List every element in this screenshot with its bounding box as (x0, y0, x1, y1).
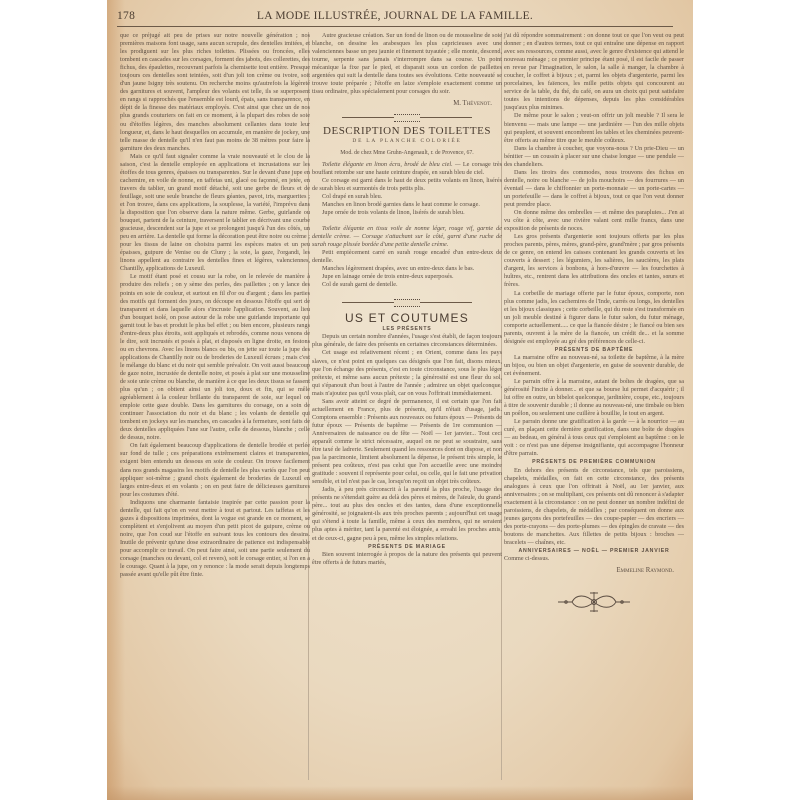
column-1: que ce préjugé ait peu de prises sur not… (120, 32, 310, 579)
paragraph: Autre gracieuse création. Sur un fond de… (312, 32, 502, 96)
column-2: Autre gracieuse création. Sur un fond de… (312, 32, 502, 567)
subsection-heading: PRÉSENTS DE MARIAGE (312, 543, 502, 551)
paragraph: On donne même des ombrelles — et même de… (504, 209, 684, 233)
section-subtitle: DE LA PLANCHE COLORIÉE (312, 137, 502, 145)
subsection-heading: LES PRÉSENTS (312, 325, 502, 333)
paragraph: Le motif étant posé et cousu sur la robe… (120, 273, 310, 442)
paragraph: Petit empiècement carré en surah rouge e… (312, 249, 502, 265)
paragraph: Depuis un certain nombre d'années, l'usa… (312, 333, 502, 349)
paragraph: Dans la chambre à coucher, que voyons-no… (504, 145, 684, 169)
paragraph: Col de surah garni de dentelle. (312, 281, 502, 289)
paragraph: La corbeille de mariage offerte par le f… (504, 290, 684, 346)
paragraph: j'ai dû répondre sommairement : on donne… (504, 32, 684, 112)
paragraph: En dehors des présents de circonstance, … (504, 467, 684, 547)
paragraph: Les gros présents d'argenterie sont touj… (504, 233, 684, 289)
paragraph: Le parrain donne une gratification à la … (504, 418, 684, 458)
paragraph: Sans avoir atteint ce degré de permanenc… (312, 398, 502, 487)
paragraph: Bien souvent interrogée à propos de la n… (312, 551, 502, 567)
paragraph: Mais ce qu'il faut signaler comme la vra… (120, 153, 310, 274)
column-3: j'ai dû répondre sommairement : on donne… (504, 32, 684, 615)
author-signature: M. Thévenot. (312, 100, 502, 108)
page-header: 178 LA MODE ILLUSTRÉE, JOURNAL DE LA FAM… (117, 10, 673, 26)
paragraph: Col drapé en surah bleu. (312, 193, 502, 201)
author-signature: Emmeline Raymond. (504, 567, 684, 575)
paragraph: Cet usage est relativement récent ; en O… (312, 349, 502, 397)
paragraph: La marraine offre au nouveau-né, sa toil… (504, 354, 684, 378)
paragraph: Manches en linon brodé garnies dans le h… (312, 201, 502, 209)
paragraph: Le parrain offre à la marraine, autant d… (504, 378, 684, 418)
section-title: DESCRIPTION DES TOILETTES (312, 127, 502, 135)
subsection-heading: PRÉSENTS DE PREMIÈRE COMMUNION (504, 458, 684, 466)
paragraph: Manches légèrement drapées, avec un entr… (312, 265, 502, 273)
paragraph: que ce préjugé ait peu de prises sur not… (120, 32, 310, 153)
section-title: US ET COUTUMES (312, 314, 502, 322)
subsection-heading: PRÉSENTS DE BAPTÊME (504, 346, 684, 354)
fleuron-tailpiece-icon (554, 589, 634, 615)
paragraph: Dans les tiroirs des commodes, nous trou… (504, 169, 684, 209)
newspaper-page: 178 LA MODE ILLUSTRÉE, JOURNAL DE LA FAM… (107, 0, 693, 800)
paragraph: De même pour le salon ; veut-on offrir u… (504, 112, 684, 144)
running-title: LA MODE ILLUSTRÉE, JOURNAL DE LA FAMILLE… (117, 10, 673, 22)
paragraph: Jupe en lainage ornée de trois entre-deu… (312, 273, 502, 281)
toilette-lead: Toilette élégante en linon écru, brodé d… (322, 161, 461, 168)
ornamental-rule-icon (342, 299, 472, 306)
paragraph: Comme ci-dessus. (504, 555, 684, 563)
paragraph: Ce corsage est garni dans le haut de deu… (312, 177, 502, 193)
paragraph: Jupe ornée de trois volants de linon, li… (312, 209, 502, 217)
model-credit: Mod. de chez Mme Gruhn-Angenault, r. de … (312, 149, 502, 157)
ornamental-rule-icon (342, 114, 472, 121)
paragraph: On fait également beaucoup d'application… (120, 442, 310, 498)
subsection-heading: ANNIVERSAIRES — NOËL — PREMIER JANVIER (504, 547, 684, 555)
header-rule (117, 26, 673, 27)
paragraph: Jadis, à peu près circonscrit à la paren… (312, 486, 502, 542)
paragraph: Indiquons une charmante fantaisie inspir… (120, 499, 310, 579)
